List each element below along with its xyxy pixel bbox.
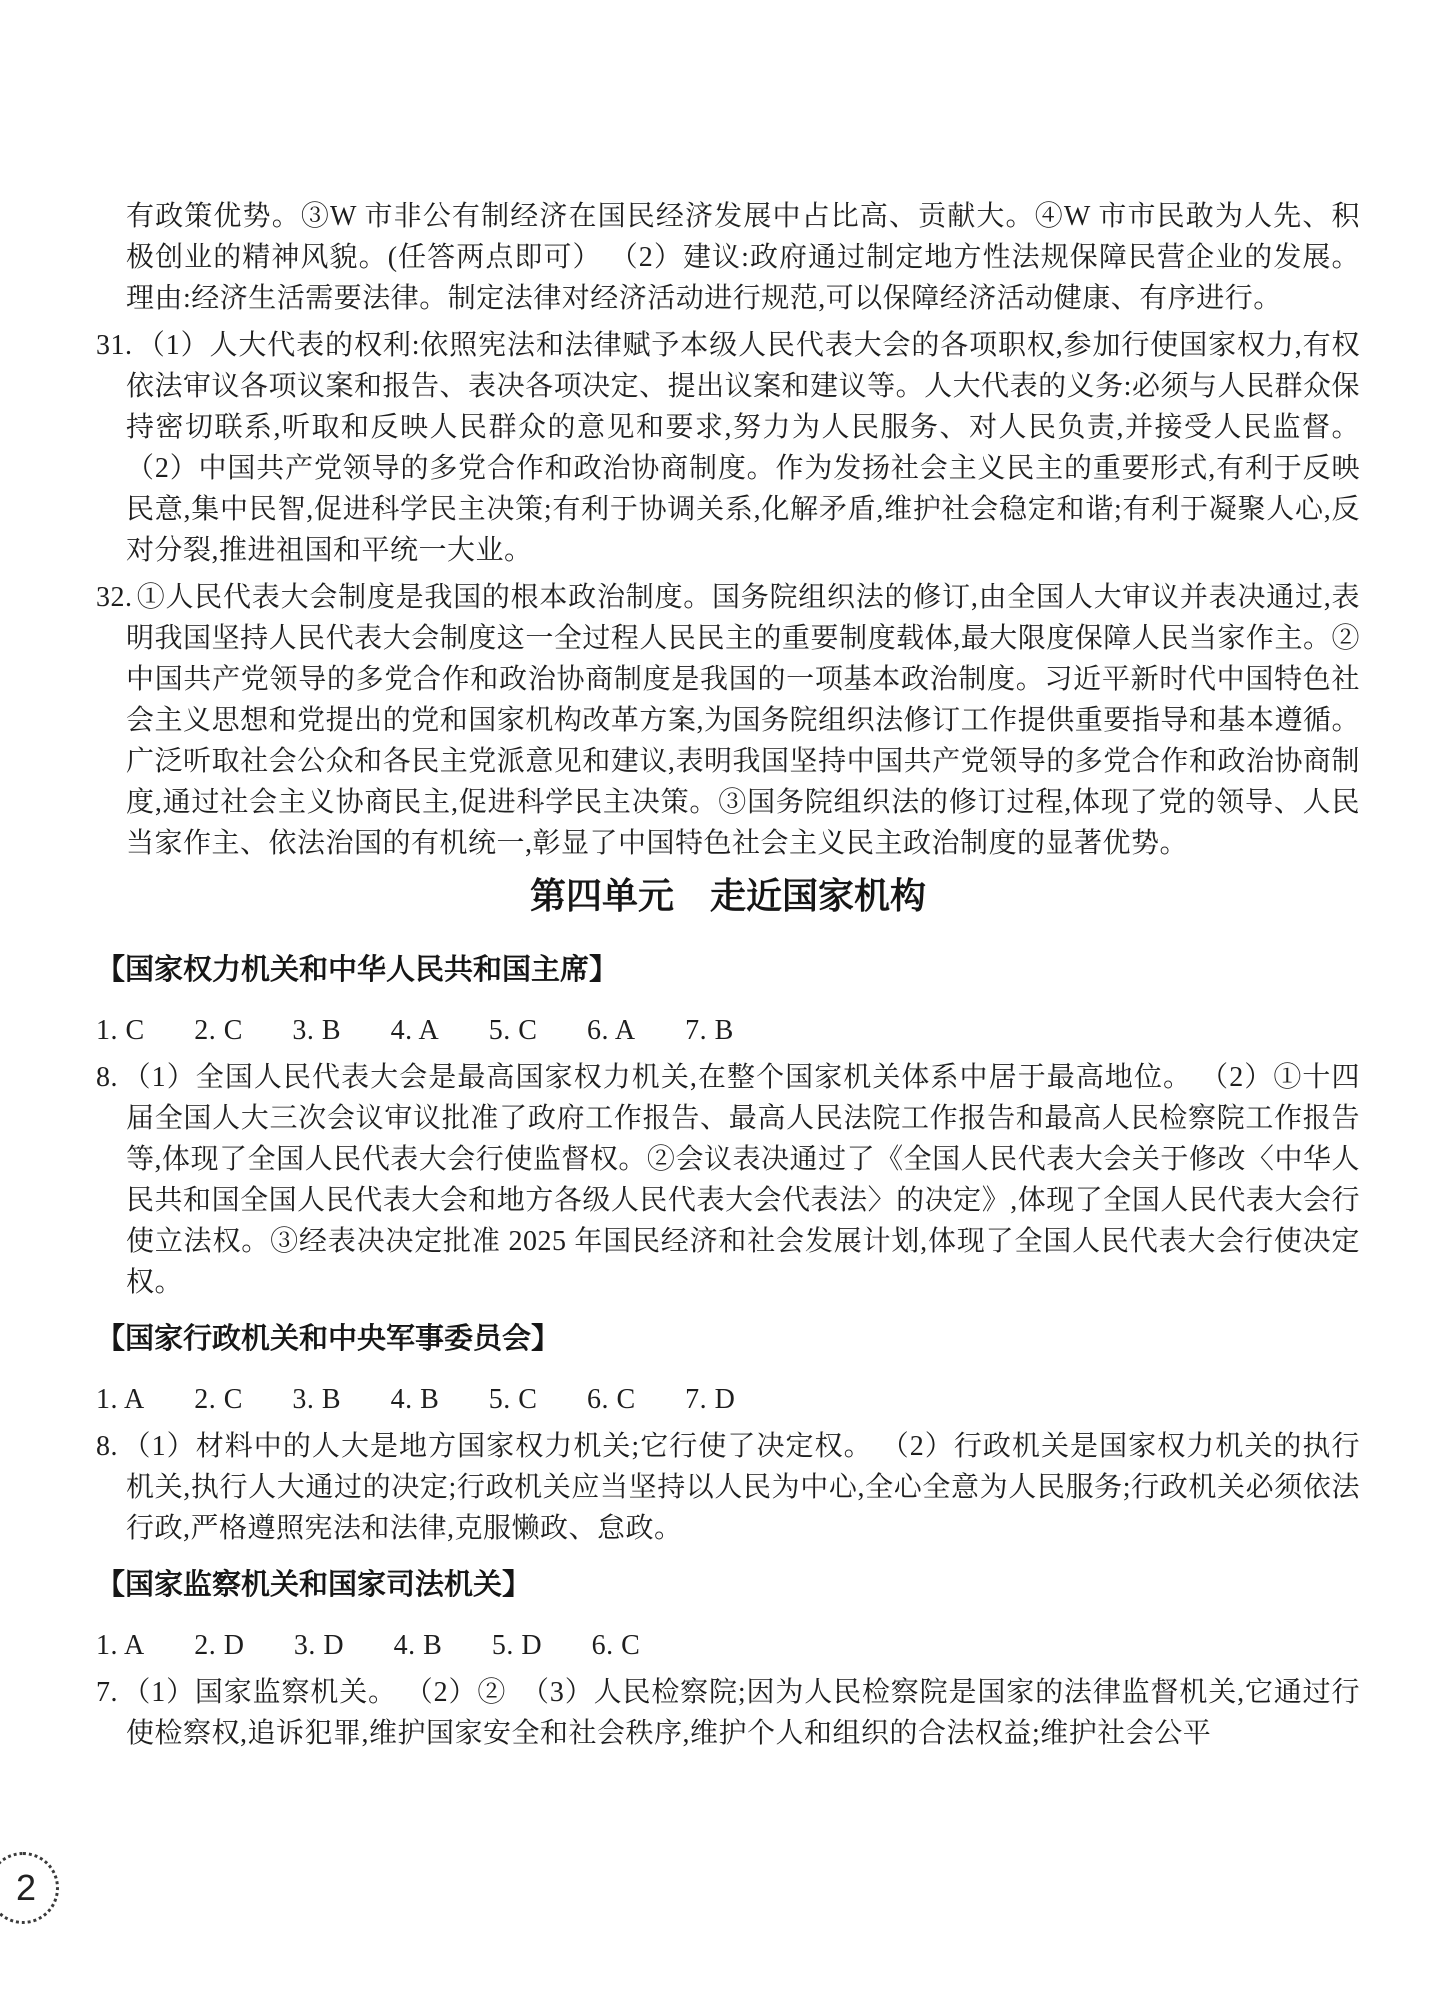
choice-answer: 1. C — [96, 1010, 145, 1051]
item-number: 32. — [96, 582, 133, 613]
answer-paragraph-continuation: 有政策优势。③W 市非公有制经济在国民经济发展中占比高、贡献大。④W 市市民敢为… — [96, 196, 1360, 319]
choice-answer: 1. A — [96, 1379, 145, 1420]
choice-answer: 6. A — [587, 1010, 636, 1051]
choice-answers-row: 1. A 2. D 3. D 4. B 5. D 6. C — [96, 1625, 1360, 1666]
item-number: 31. — [96, 330, 133, 361]
choice-answer: 4. B — [391, 1379, 440, 1420]
choice-answer: 6. C — [587, 1379, 636, 1420]
choice-answer: 6. C — [592, 1625, 641, 1666]
choice-answer: 7. B — [685, 1010, 734, 1051]
choice-answer: 3. B — [292, 1379, 341, 1420]
page-content: 有政策优势。③W 市非公有制经济在国民经济发展中占比高、贡献大。④W 市市民敢为… — [0, 0, 1429, 1754]
section-heading-state-power-organs: 【国家权力机关和中华人民共和国主席】 — [96, 950, 1360, 990]
section-heading-supervisory-judicial-organs: 【国家监察机关和国家司法机关】 — [96, 1565, 1360, 1605]
answer-item-8-section2: 8.（1）材料中的人大是地方国家权力机关;它行使了决定权。 （2）行政机关是国家… — [96, 1426, 1360, 1549]
answer-item-7-section3: 7.（1）国家监察机关。 （2）② （3）人民检察院;因为人民检察院是国家的法律… — [96, 1672, 1360, 1754]
choice-answer: 3. B — [292, 1010, 341, 1051]
choice-answer: 2. C — [194, 1379, 243, 1420]
choice-answer: 1. A — [96, 1625, 145, 1666]
section-heading-administrative-organs: 【国家行政机关和中央军事委员会】 — [96, 1319, 1360, 1359]
choice-answer: 2. D — [194, 1625, 244, 1666]
choice-answer: 5. C — [489, 1010, 538, 1051]
choice-answer: 7. D — [685, 1379, 735, 1420]
choice-answer: 4. A — [391, 1010, 440, 1051]
unit-title: 第四单元 走近国家机构 — [96, 872, 1360, 920]
page-number: 2 — [10, 1867, 36, 1909]
choice-answer: 5. D — [492, 1625, 542, 1666]
choice-answer: 4. B — [394, 1625, 443, 1666]
item-text: ①人民代表大会制度是我国的根本政治制度。国务院组织法的修订,由全国人大审议并表决… — [126, 582, 1360, 859]
item-text: （1）全国人民代表大会是最高国家权力机关,在整个国家机关体系中居于最高地位。 （… — [122, 1062, 1360, 1298]
item-text: （1）人大代表的权利:依照宪法和法律赋予本级人民代表大会的各项职权,参加行使国家… — [126, 330, 1360, 566]
item-number: 8. — [96, 1062, 118, 1093]
workbook-answer-page: 有政策优势。③W 市非公有制经济在国民经济发展中占比高、贡献大。④W 市市民敢为… — [0, 0, 1429, 2000]
choice-answer: 3. D — [294, 1625, 344, 1666]
choice-answer: 2. C — [194, 1010, 243, 1051]
item-number: 8. — [96, 1431, 118, 1462]
choice-answers-row: 1. A 2. C 3. B 4. B 5. C 6. C 7. D — [96, 1379, 1360, 1420]
item-text: （1）材料中的人大是地方国家权力机关;它行使了决定权。 （2）行政机关是国家权力… — [122, 1431, 1360, 1544]
answer-item-31: 31.（1）人大代表的权利:依照宪法和法律赋予本级人民代表大会的各项职权,参加行… — [96, 325, 1360, 571]
item-number: 7. — [96, 1677, 118, 1708]
choice-answer: 5. C — [489, 1379, 538, 1420]
answer-item-32: 32.①人民代表大会制度是我国的根本政治制度。国务院组织法的修订,由全国人大审议… — [96, 577, 1360, 864]
choice-answers-row: 1. C 2. C 3. B 4. A 5. C 6. A 7. B — [96, 1010, 1360, 1051]
item-text: （1）国家监察机关。 （2）② （3）人民检察院;因为人民检察院是国家的法律监督… — [122, 1677, 1360, 1749]
page-number-badge: 2 — [0, 1852, 59, 1924]
answer-item-8-section1: 8.（1）全国人民代表大会是最高国家权力机关,在整个国家机关体系中居于最高地位。… — [96, 1057, 1360, 1303]
